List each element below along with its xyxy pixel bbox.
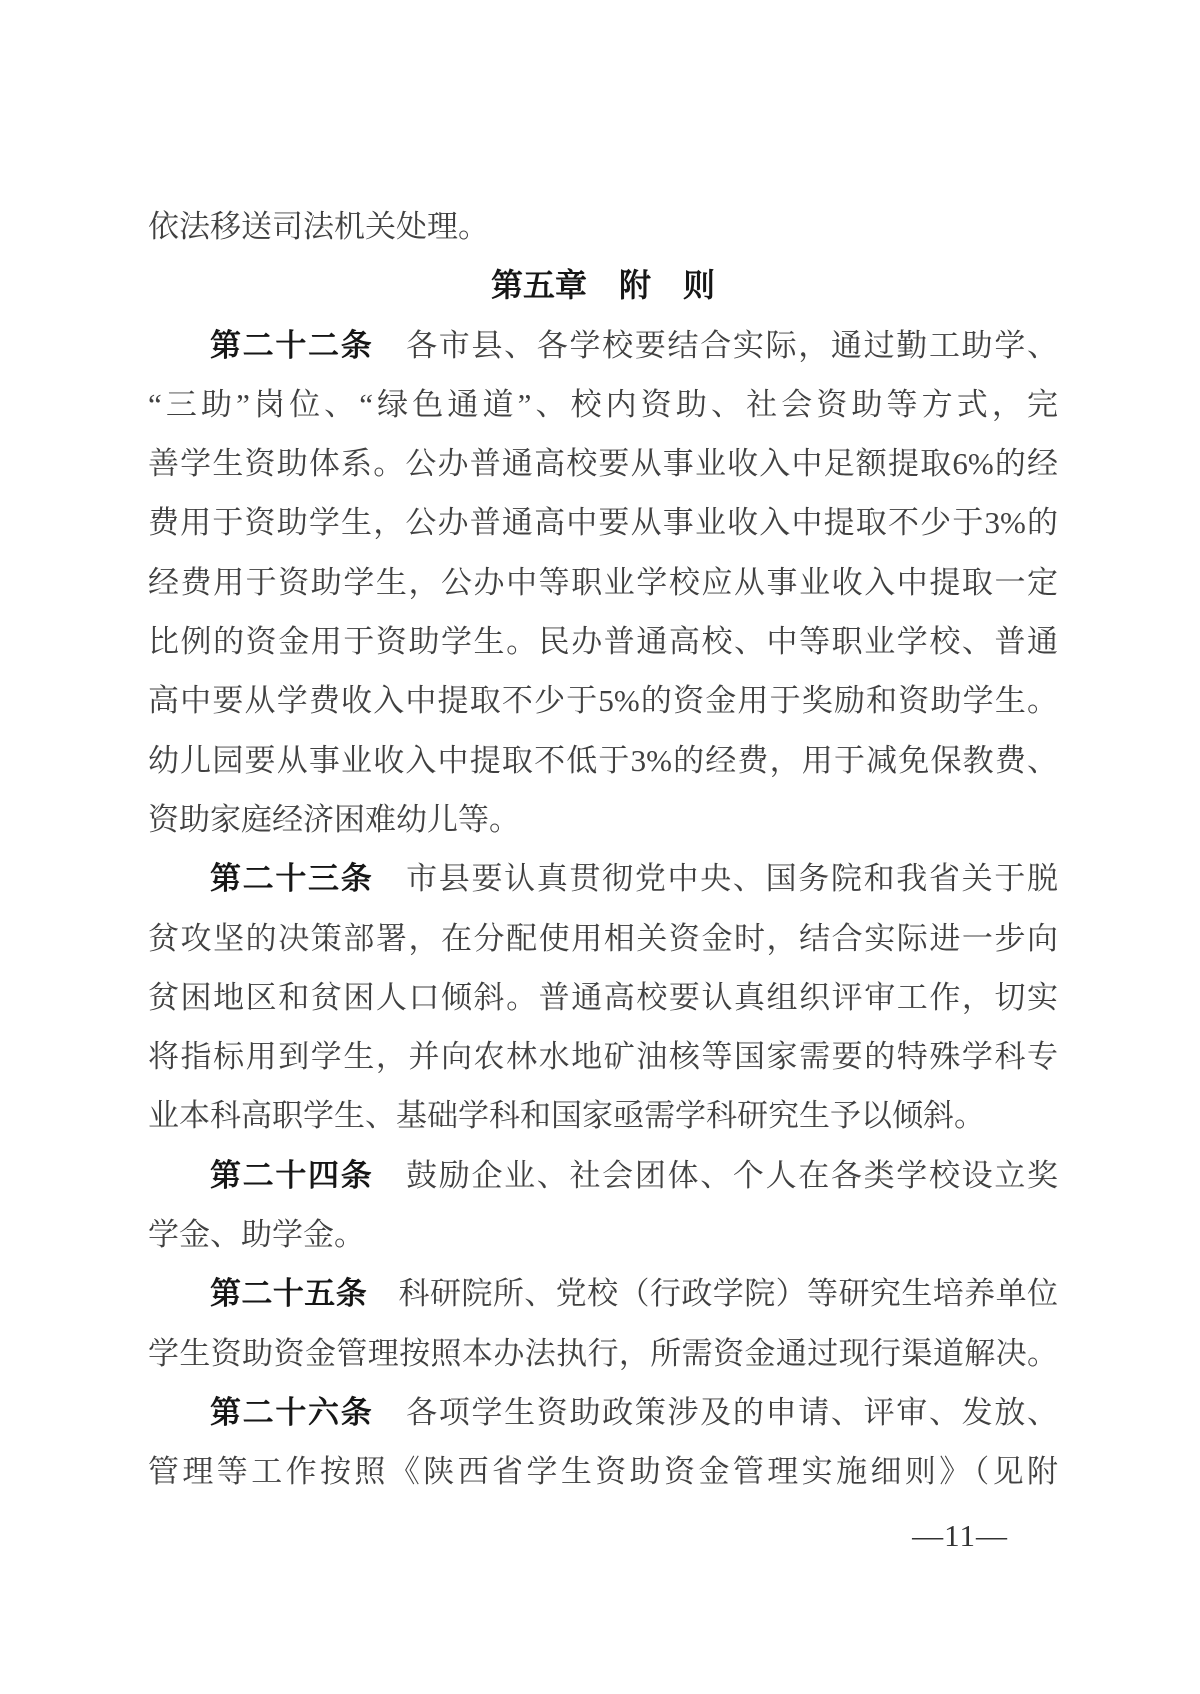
line-text: 贫攻坚的决策部署，在分配使用相关资金时，结合实际进一步向: [148, 921, 1058, 956]
line-text: 科研院所、党校（行政学院）等研究生培养单位: [367, 1276, 1058, 1311]
line-text: 善学生资助体系。公办普通高校要从事业收入中足额提取6%的经: [148, 446, 1058, 481]
document-body: 依法移送司法机关处理。第五章 附 则第二十二条 各市县、各学校要结合实际，通过勤…: [148, 197, 1058, 1502]
text-line: 业本科高职学生、基础学科和国家亟需学科研究生予以倾斜。: [148, 1086, 1058, 1145]
text-line: 学金、助学金。: [148, 1205, 1058, 1264]
line-text: 依法移送司法机关处理。: [148, 209, 489, 244]
text-line: 依法移送司法机关处理。: [148, 197, 1058, 256]
article-number: 第二十三条: [210, 861, 373, 896]
article-start-line: 第二十六条 各项学生资助政策涉及的申请、评审、发放、: [148, 1383, 1058, 1442]
text-line: 经费用于资助学生，公办中等职业学校应从事业收入中提取一定: [148, 553, 1058, 612]
document-page: 依法移送司法机关处理。第五章 附 则第二十二条 各市县、各学校要结合实际，通过勤…: [0, 0, 1200, 1694]
text-line: 学生资助资金管理按照本办法执行，所需资金通过现行渠道解决。: [148, 1324, 1058, 1383]
text-line: “三助”岗位、“绿色通道”、校内资助、社会资助等方式，完: [148, 375, 1058, 434]
text-line: 资助家庭经济困难幼儿等。: [148, 790, 1058, 849]
line-text: 鼓励企业、社会团体、个人在各类学校设立奖: [373, 1158, 1058, 1193]
line-text: 幼儿园要从事业收入中提取不低于3%的经费，用于减免保教费、: [148, 743, 1058, 778]
line-text: 将指标用到学生，并向农林水地矿油核等国家需要的特殊学科专: [148, 1039, 1058, 1074]
line-text: 高中要从学费收入中提取不少于5%的资金用于奖励和资助学生。: [148, 683, 1058, 718]
line-text: 管理等工作按照《陕西省学生资助资金管理实施细则》（见附: [148, 1454, 1058, 1489]
text-line: 贫攻坚的决策部署，在分配使用相关资金时，结合实际进一步向: [148, 909, 1058, 968]
line-text: 市县要认真贯彻党中央、国务院和我省关于脱: [373, 861, 1058, 896]
line-text: 比例的资金用于资助学生。民办普通高校、中等职业学校、普通: [148, 624, 1058, 659]
article-number: 第二十六条: [210, 1395, 373, 1430]
line-text: 各市县、各学校要结合实际，通过勤工助学、: [373, 328, 1058, 363]
page-number: —11—: [912, 1513, 1008, 1559]
line-text: 各项学生资助政策涉及的申请、评审、发放、: [373, 1395, 1058, 1430]
chapter-heading: 第五章 附 则: [148, 256, 1058, 315]
line-text: 第五章 附 则: [491, 267, 715, 303]
article-start-line: 第二十五条 科研院所、党校（行政学院）等研究生培养单位: [148, 1264, 1058, 1323]
line-text: 业本科高职学生、基础学科和国家亟需学科研究生予以倾斜。: [148, 1098, 985, 1133]
line-text: 费用于资助学生，公办普通高中要从事业收入中提取不少于3%的: [148, 505, 1058, 540]
line-text: 学金、助学金。: [148, 1217, 365, 1252]
article-start-line: 第二十三条 市县要认真贯彻党中央、国务院和我省关于脱: [148, 849, 1058, 908]
text-line: 比例的资金用于资助学生。民办普通高校、中等职业学校、普通: [148, 612, 1058, 671]
article-start-line: 第二十四条 鼓励企业、社会团体、个人在各类学校设立奖: [148, 1146, 1058, 1205]
text-line: 高中要从学费收入中提取不少于5%的资金用于奖励和资助学生。: [148, 671, 1058, 730]
line-text: 资助家庭经济困难幼儿等。: [148, 802, 520, 837]
article-number: 第二十四条: [210, 1158, 373, 1193]
text-line: 费用于资助学生，公办普通高中要从事业收入中提取不少于3%的: [148, 493, 1058, 552]
article-number: 第二十五条: [210, 1276, 367, 1311]
article-start-line: 第二十二条 各市县、各学校要结合实际，通过勤工助学、: [148, 316, 1058, 375]
line-text: 贫困地区和贫困人口倾斜。普通高校要认真组织评审工作，切实: [148, 980, 1058, 1015]
text-line: 贫困地区和贫困人口倾斜。普通高校要认真组织评审工作，切实: [148, 968, 1058, 1027]
text-line: 将指标用到学生，并向农林水地矿油核等国家需要的特殊学科专: [148, 1027, 1058, 1086]
text-line: 幼儿园要从事业收入中提取不低于3%的经费，用于减免保教费、: [148, 731, 1058, 790]
article-number: 第二十二条: [210, 328, 373, 363]
line-text: “三助”岗位、“绿色通道”、校内资助、社会资助等方式，完: [148, 387, 1058, 422]
text-line: 善学生资助体系。公办普通高校要从事业收入中足额提取6%的经: [148, 434, 1058, 493]
line-text: 学生资助资金管理按照本办法执行，所需资金通过现行渠道解决。: [148, 1336, 1058, 1371]
line-text: 经费用于资助学生，公办中等职业学校应从事业收入中提取一定: [148, 565, 1058, 600]
text-line: 管理等工作按照《陕西省学生资助资金管理实施细则》（见附: [148, 1442, 1058, 1501]
